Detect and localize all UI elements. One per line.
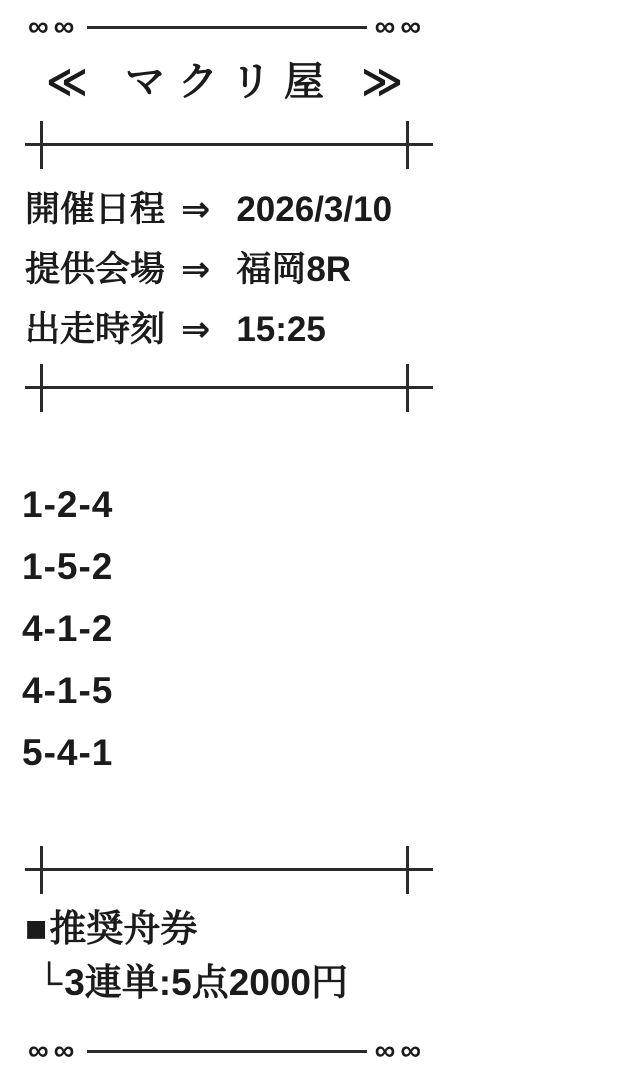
race-venue-label: 提供会場 bbox=[25, 240, 165, 300]
recommendation-heading-text: 推奨舟券 bbox=[49, 908, 197, 949]
race-info: 開催日程 ⇒ 2026/3/10 提供会場 ⇒ 福岡8R 出走時刻 ⇒ 15:2… bbox=[25, 180, 392, 360]
pick-row: 1-2-4 bbox=[22, 474, 113, 536]
divider-line bbox=[25, 386, 433, 389]
page-title: ≪ マクリ屋 ≫ bbox=[46, 56, 416, 108]
horizontal-rule bbox=[87, 1050, 366, 1053]
race-venue-row: 提供会場 ⇒ 福岡8R bbox=[25, 240, 392, 300]
race-time-value: 15:25 bbox=[236, 300, 326, 360]
corner-branch-icon: └ bbox=[36, 962, 62, 1003]
race-venue-value: 福岡8R bbox=[236, 240, 351, 300]
divider-tick-right bbox=[406, 846, 409, 894]
horizontal-rule bbox=[87, 26, 366, 29]
divider-tick-right bbox=[406, 121, 409, 169]
square-bullet-icon: ■ bbox=[25, 908, 47, 949]
section-divider-bottom bbox=[25, 846, 433, 894]
race-time-row: 出走時刻 ⇒ 15:25 bbox=[25, 300, 392, 360]
divider-line bbox=[25, 143, 433, 146]
section-divider-middle bbox=[25, 364, 433, 412]
pick-row: 4-1-2 bbox=[22, 598, 113, 660]
infinity-symbols-left: ∞∞ bbox=[28, 1034, 79, 1068]
infinity-symbols-right: ∞∞ bbox=[375, 10, 426, 44]
pick-row: 1-5-2 bbox=[22, 536, 113, 598]
pick-row: 4-1-5 bbox=[22, 660, 113, 722]
arrow-icon: ⇒ bbox=[181, 180, 210, 240]
prediction-sheet: ∞∞ ∞∞ ≪ マクリ屋 ≫ 開催日程 ⇒ 2026/3/10 提供会場 ⇒ 福… bbox=[0, 0, 640, 1074]
decorative-border-bottom: ∞∞ ∞∞ bbox=[28, 1034, 426, 1068]
decorative-border-top: ∞∞ ∞∞ bbox=[28, 10, 426, 44]
infinity-symbols-right: ∞∞ bbox=[375, 1034, 426, 1068]
divider-line bbox=[25, 868, 433, 871]
recommendation-detail: └3連単:5点2000円 bbox=[36, 956, 348, 1010]
section-divider-top bbox=[25, 121, 433, 169]
race-date-value: 2026/3/10 bbox=[236, 180, 392, 240]
divider-tick-right bbox=[406, 364, 409, 412]
arrow-icon: ⇒ bbox=[181, 300, 210, 360]
race-time-label: 出走時刻 bbox=[25, 300, 165, 360]
race-date-label: 開催日程 bbox=[25, 180, 165, 240]
pick-list: 1-2-4 1-5-2 4-1-2 4-1-5 5-4-1 bbox=[22, 474, 113, 784]
infinity-symbols-left: ∞∞ bbox=[28, 10, 79, 44]
pick-row: 5-4-1 bbox=[22, 722, 113, 784]
recommendation-detail-text: 3連単:5点2000円 bbox=[64, 962, 348, 1003]
recommendation-heading: ■推奨舟券 bbox=[25, 903, 197, 955]
race-date-row: 開催日程 ⇒ 2026/3/10 bbox=[25, 180, 392, 240]
arrow-icon: ⇒ bbox=[181, 240, 210, 300]
